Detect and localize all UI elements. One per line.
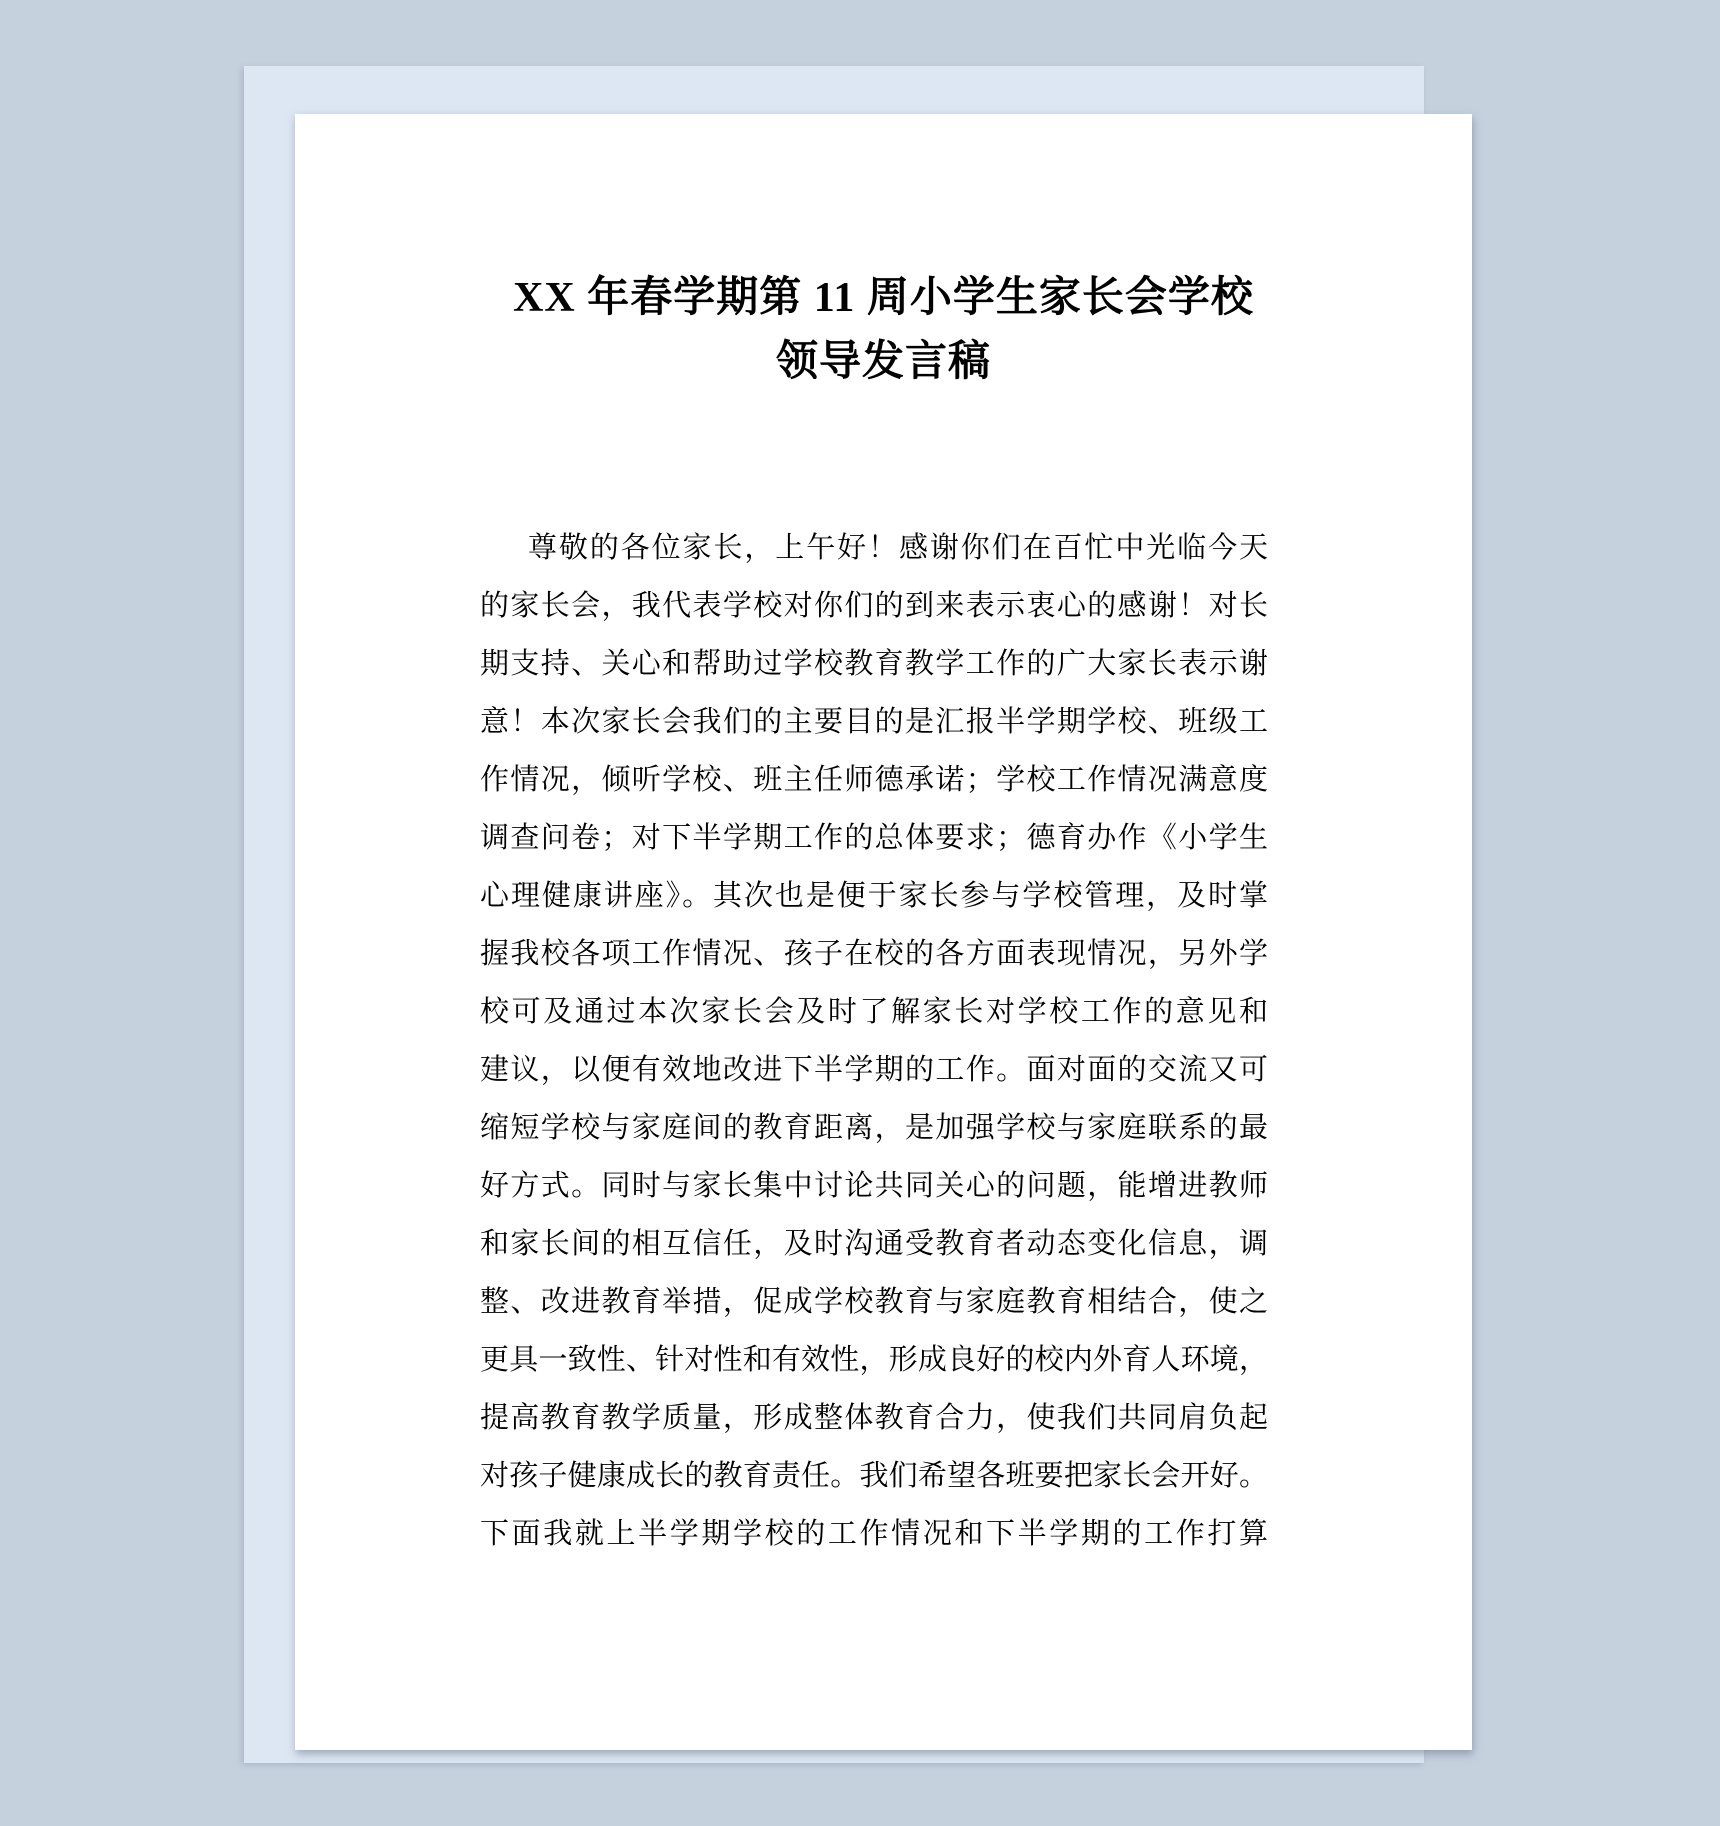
body-line: 整、改进教育举措，促成学校教育与家庭教育相结合，使之: [480, 1273, 1268, 1331]
document-page: XX 年春学期第 11 周小学生家长会学校 领导发言稿 尊敬的各位家长，上午好！…: [295, 114, 1472, 1750]
body-line: 意！本次家长会我们的主要目的是汇报半学期学校、班级工: [480, 693, 1268, 751]
body-line: 的家长会，我代表学校对你们的到来表示衷心的感谢！对长: [480, 577, 1268, 635]
body-line: 和家长间的相互信任，及时沟通受教育者动态变化信息，调: [480, 1215, 1268, 1273]
body-line: 提高教育教学质量，形成整体教育合力，使我们共同肩负起: [480, 1389, 1268, 1447]
body-line: 校可及通过本次家长会及时了解家长对学校工作的意见和: [480, 983, 1268, 1041]
document-title-line-1: XX 年春学期第 11 周小学生家长会学校: [454, 266, 1314, 330]
body-line: 握我校各项工作情况、孩子在校的各方面表现情况，另外学: [480, 925, 1268, 983]
body-line: 作情况，倾听学校、班主任师德承诺；学校工作情况满意度: [480, 751, 1268, 809]
document-body: 尊敬的各位家长，上午好！感谢你们在百忙中光临今天的家长会，我代表学校对你们的到来…: [480, 519, 1268, 1563]
body-line: 心理健康讲座》。其次也是便于家长参与学校管理，及时掌: [480, 867, 1268, 925]
body-line: 建议，以便有效地改进下半学期的工作。面对面的交流又可: [480, 1041, 1268, 1099]
body-line: 缩短学校与家庭间的教育距离，是加强学校与家庭联系的最: [480, 1099, 1268, 1157]
body-line: 好方式。同时与家长集中讨论共同关心的问题，能增进教师: [480, 1157, 1268, 1215]
document-title-line-2: 领导发言稿: [454, 330, 1314, 394]
template-preview-canvas: XX 年春学期第 11 周小学生家长会学校 领导发言稿 尊敬的各位家长，上午好！…: [0, 0, 1720, 1826]
body-line: 尊敬的各位家长，上午好！感谢你们在百忙中光临今天: [480, 519, 1268, 577]
body-line: 下面我就上半学期学校的工作情况和下半学期的工作打算: [480, 1505, 1268, 1563]
document-title: XX 年春学期第 11 周小学生家长会学校 领导发言稿: [454, 266, 1314, 394]
body-line: 对孩子健康成长的教育责任。我们希望各班要把家长会开好。: [480, 1447, 1268, 1505]
body-line: 期支持、关心和帮助过学校教育教学工作的广大家长表示谢: [480, 635, 1268, 693]
body-line: 更具一致性、针对性和有效性，形成良好的校内外育人环境，: [480, 1331, 1268, 1389]
body-line: 调查问卷；对下半学期工作的总体要求；德育办作《小学生: [480, 809, 1268, 867]
